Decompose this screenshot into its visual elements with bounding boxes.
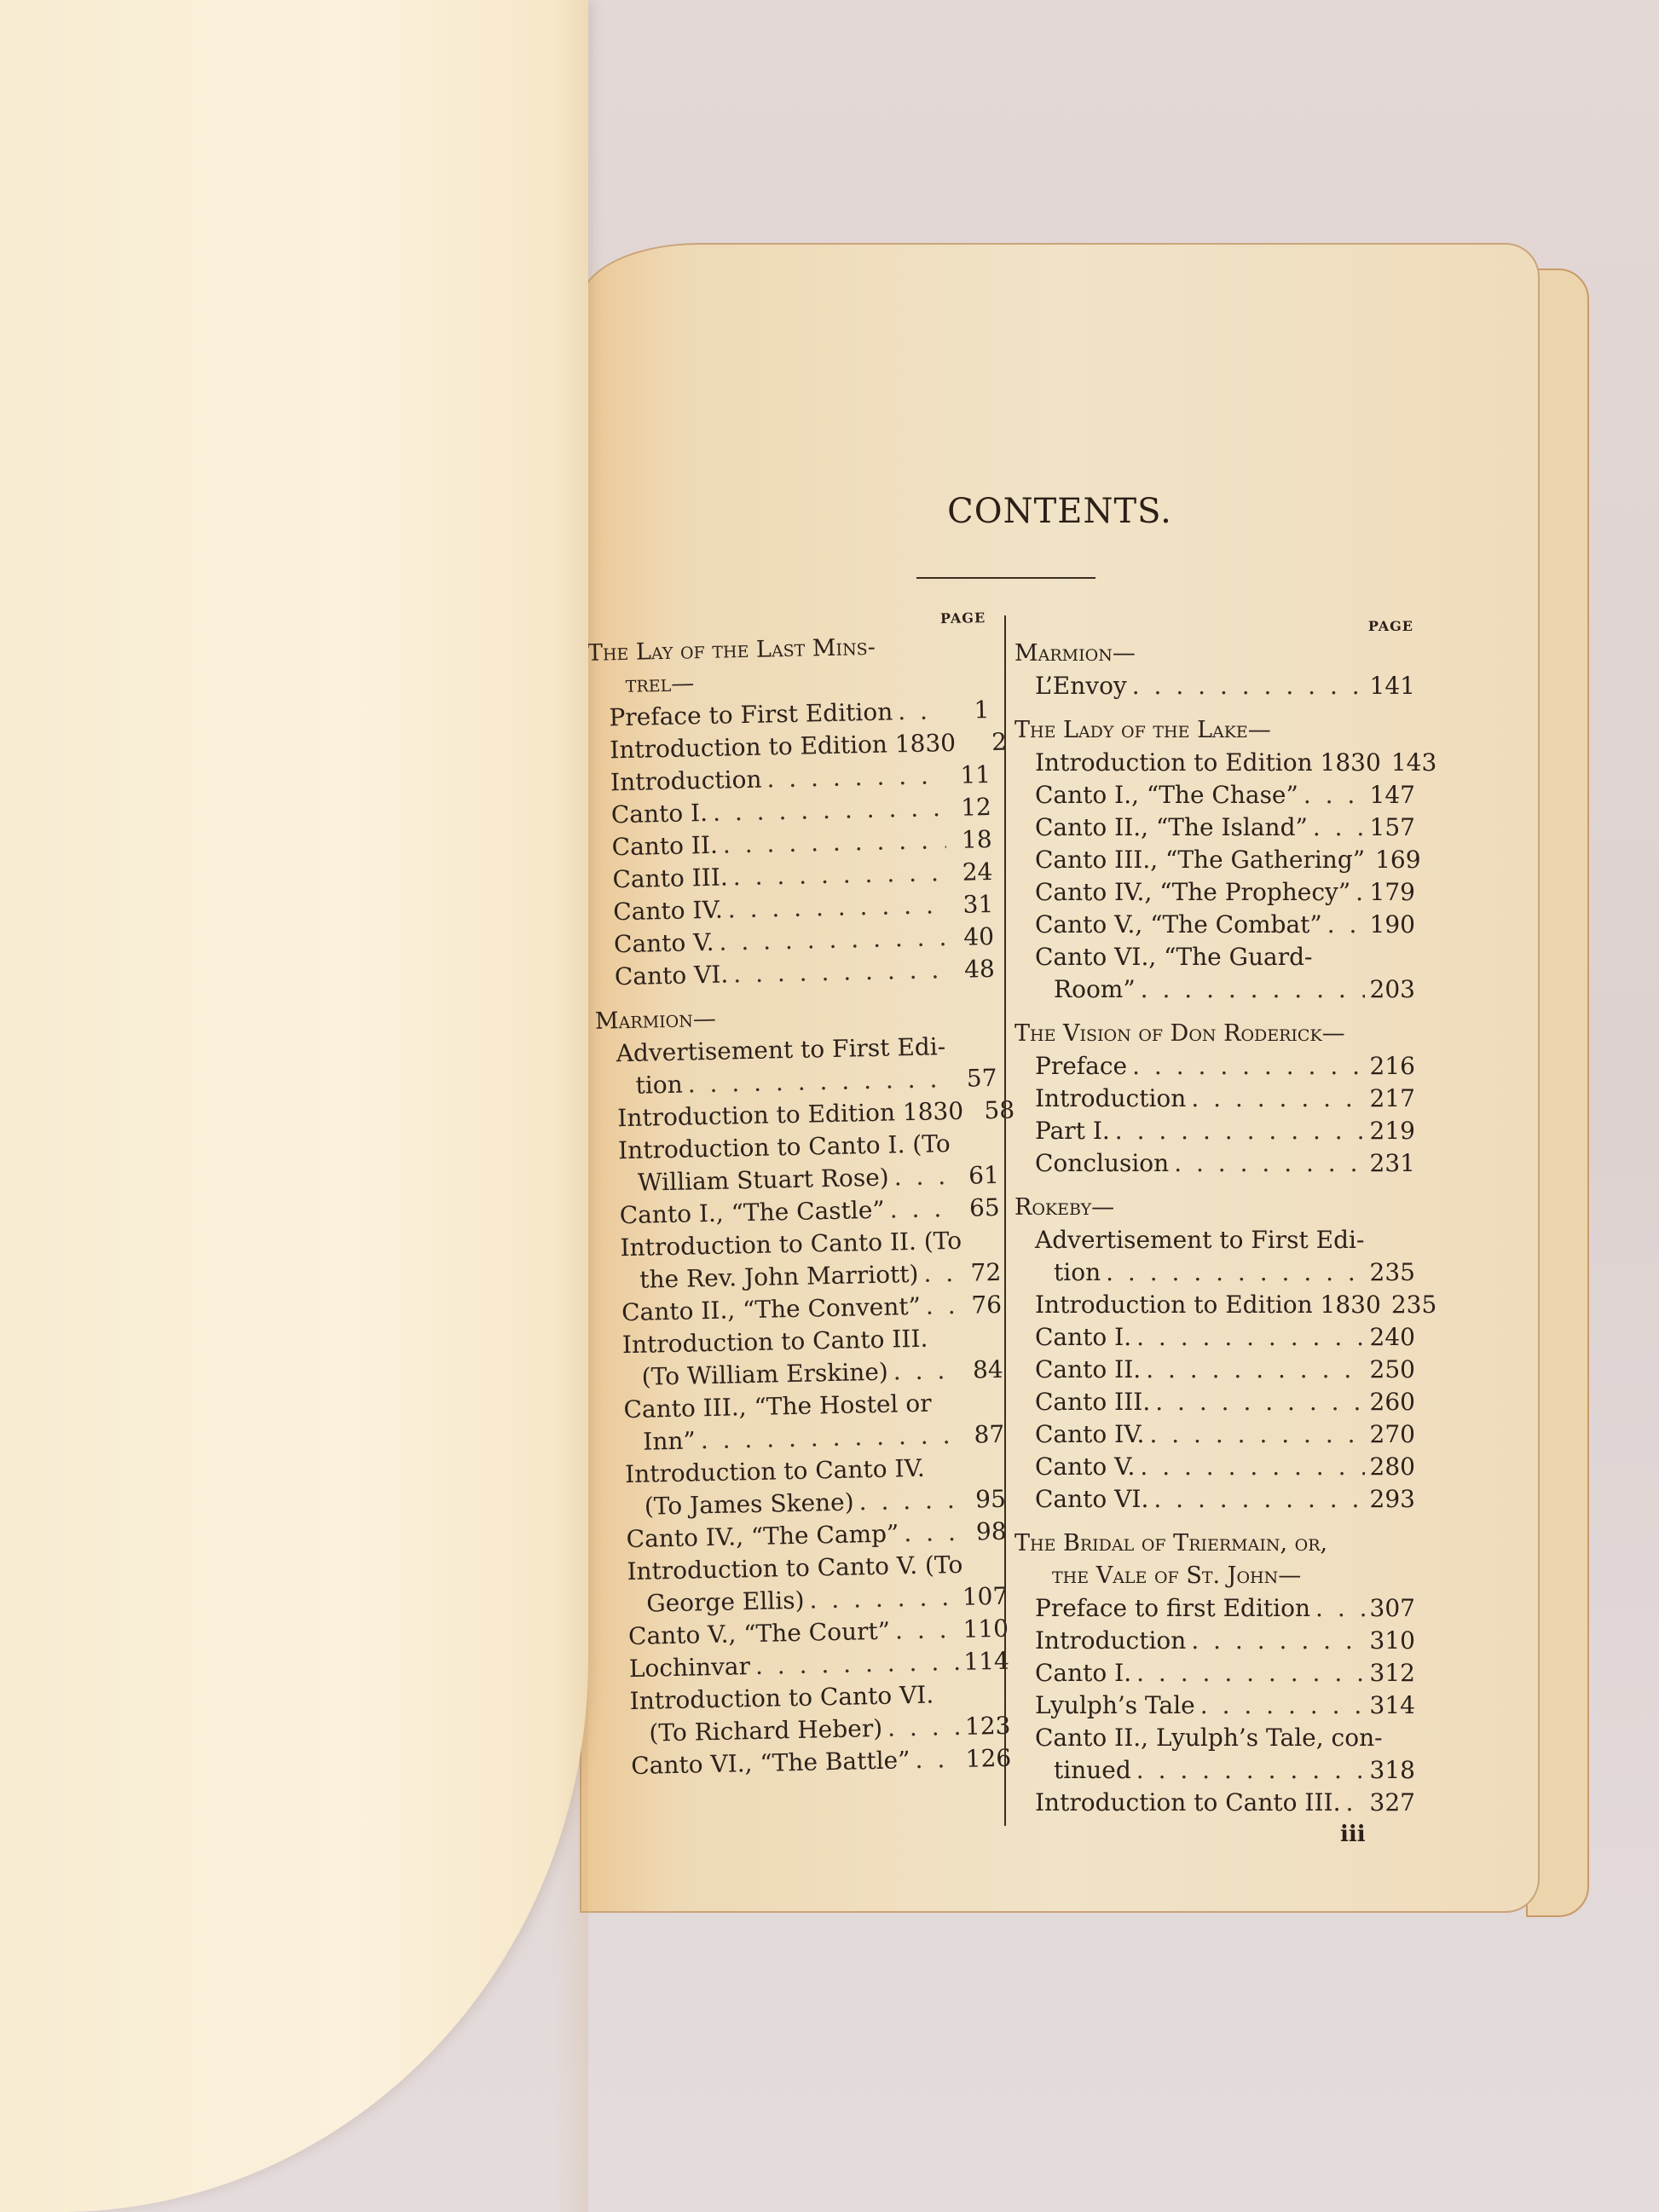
- page-number: 11: [950, 759, 991, 792]
- dot-leader: [858, 1484, 960, 1518]
- toc-entry[interactable]: Canto I.312: [1014, 1657, 1415, 1689]
- section-title: Marmion—: [1014, 638, 1415, 670]
- section-title: The Bridal of Triermain, or, the Vale of…: [1014, 1528, 1415, 1592]
- dot-leader: [887, 1711, 961, 1745]
- dot-leader: [1141, 973, 1365, 1006]
- dot-leader: [1313, 811, 1365, 844]
- dot-leader: [1115, 1115, 1365, 1147]
- toc-entry[interactable]: Introduction310: [1014, 1625, 1415, 1657]
- page-number: 293: [1370, 1483, 1415, 1516]
- page-number: 18: [951, 823, 992, 857]
- toc-entry[interactable]: Canto II., “The Island”157: [1014, 811, 1415, 844]
- dot-leader: [893, 1160, 953, 1193]
- dot-leader: [733, 954, 949, 990]
- section-lady-of-the-lake: The Lady of the Lake— Introduction to Ed…: [1014, 714, 1415, 1006]
- page-number: 31: [952, 888, 994, 921]
- page-number: 98: [965, 1516, 1007, 1549]
- dot-leader: [1136, 1754, 1365, 1787]
- page-number: 143: [1391, 747, 1436, 779]
- page-number: 1: [948, 694, 990, 727]
- dot-leader: [727, 889, 947, 926]
- dot-leader: [766, 759, 945, 795]
- page-number: 141: [1370, 670, 1415, 702]
- dot-leader: [1191, 1625, 1364, 1657]
- dot-leader: [923, 1257, 956, 1291]
- page-number: 179: [1370, 876, 1415, 909]
- toc-entry[interactable]: Introduction to Canto IV.(To James Skene…: [604, 1451, 1006, 1524]
- dot-leader: [1174, 1147, 1364, 1180]
- page-number: 40: [953, 921, 995, 954]
- section-rokeby: Rokeby— Advertisement to First Edi-tion2…: [1014, 1192, 1415, 1516]
- toc-entry[interactable]: Lyulph’s Tale314: [1014, 1689, 1415, 1722]
- dot-leader: [1136, 1657, 1364, 1689]
- page-number: 219: [1370, 1115, 1415, 1147]
- blank-left-page: [0, 0, 588, 2212]
- page-number: 114: [963, 1645, 1009, 1678]
- page-number: 48: [953, 953, 995, 986]
- contents-page: CONTENTS. PAGE The Lay of the Last Mins-…: [580, 243, 1540, 1913]
- dot-leader: [809, 1581, 957, 1617]
- dot-leader: [1153, 1483, 1364, 1516]
- toc-entry[interactable]: Canto III., “The Gathering”169: [1014, 844, 1415, 876]
- toc-entry[interactable]: Conclusion231: [1014, 1147, 1415, 1180]
- page-number: 217: [1370, 1083, 1415, 1115]
- dot-leader: [895, 1614, 958, 1648]
- toc-entry[interactable]: Introduction to Canto II. (Tothe Rev. Jo…: [599, 1224, 1001, 1297]
- dot-leader: [904, 1516, 961, 1550]
- page-number: 327: [1370, 1787, 1415, 1819]
- dot-leader: [1356, 876, 1364, 909]
- page-number: 57: [956, 1062, 997, 1095]
- dot-leader: [1132, 670, 1365, 702]
- dot-leader: [1345, 1787, 1364, 1819]
- page-number: 65: [958, 1192, 1000, 1225]
- page-number: 157: [1370, 811, 1415, 844]
- dot-leader: [1106, 1256, 1364, 1289]
- page-number: 12: [950, 791, 991, 824]
- toc-entry[interactable]: Advertisement to First Edi-tion235: [1014, 1224, 1415, 1289]
- dot-leader: [898, 695, 944, 728]
- toc-entry[interactable]: Canto VI., “The Guard-Room”203: [1014, 941, 1415, 1006]
- page-column-label: PAGE: [1014, 615, 1415, 638]
- section-title: Rokeby—: [1014, 1192, 1415, 1224]
- page-folio: iii: [1340, 1822, 1366, 1847]
- page-number: 76: [961, 1289, 1003, 1322]
- dot-leader: [1149, 1418, 1364, 1451]
- page-number: 260: [1370, 1386, 1415, 1418]
- page-number: 307: [1370, 1592, 1415, 1625]
- page-number: 231: [1370, 1147, 1415, 1180]
- dot-leader: [700, 1419, 958, 1457]
- section-marmion: Marmion— Advertisement to First Edi-tion…: [595, 997, 1012, 1783]
- page-number: 312: [1370, 1657, 1415, 1689]
- page-number: 24: [951, 856, 993, 889]
- page-number: 169: [1375, 844, 1420, 876]
- page-number: 147: [1370, 779, 1415, 811]
- page-number: 250: [1370, 1354, 1415, 1386]
- title-rule: [916, 577, 1095, 579]
- toc-entry[interactable]: Canto II.250: [1014, 1354, 1415, 1386]
- dot-leader: [889, 1193, 954, 1227]
- page-number: 270: [1370, 1418, 1415, 1451]
- toc-entry[interactable]: Canto V.280: [1014, 1451, 1415, 1483]
- dot-leader: [925, 1290, 956, 1323]
- dot-leader: [915, 1743, 961, 1776]
- toc-entry[interactable]: Advertisement to First Edi-tion57: [595, 1030, 997, 1103]
- dot-leader: [1315, 1592, 1365, 1625]
- dot-leader: [1191, 1083, 1364, 1115]
- dot-leader: [893, 1354, 957, 1389]
- section-title: The Lady of the Lake—: [1014, 714, 1415, 747]
- page-number: 95: [964, 1483, 1006, 1516]
- dot-leader: [1155, 1386, 1364, 1418]
- section-title: The Vision of Don Roderick—: [1014, 1018, 1415, 1050]
- dot-leader: [1200, 1689, 1365, 1722]
- contents-column-left: PAGE The Lay of the Last Mins- trel— Pre…: [581, 607, 1012, 1795]
- page-number: 240: [1370, 1321, 1415, 1354]
- dot-leader: [961, 727, 962, 759]
- toc-entry[interactable]: Canto II., Lyulph’s Tale, con-tinued318: [1014, 1722, 1415, 1787]
- dot-leader: [1132, 1050, 1364, 1083]
- dot-leader: [713, 792, 946, 829]
- page-title: CONTENTS.: [581, 492, 1538, 531]
- page-number: 84: [962, 1354, 1003, 1387]
- page-number: 235: [1391, 1289, 1436, 1321]
- page-number: 2: [966, 726, 1008, 759]
- dot-leader: [732, 857, 946, 893]
- page-number: 203: [1370, 973, 1415, 1006]
- page-number: 280: [1370, 1451, 1415, 1483]
- toc-entry[interactable]: Introduction to Edition 1830143: [1014, 747, 1415, 779]
- toc-entry[interactable]: Canto IV., “The Prophecy”179: [1014, 876, 1415, 909]
- page-number: 72: [960, 1256, 1002, 1290]
- toc-entry[interactable]: Canto VI.293: [1014, 1483, 1415, 1516]
- section-vision-of-don-roderick: The Vision of Don Roderick— Preface216 I…: [1014, 1018, 1415, 1180]
- dot-leader: [1136, 1321, 1364, 1354]
- toc-entry[interactable]: Introduction to Canto III.327: [1014, 1787, 1415, 1819]
- dot-leader: [755, 1646, 959, 1683]
- section-marmion-continued: Marmion— L’Envoy141: [1014, 638, 1415, 702]
- toc-entry[interactable]: Introduction to Canto VI.(To Richard Heb…: [609, 1678, 1010, 1751]
- toc-entry[interactable]: Canto I., “The Chase”147: [1014, 779, 1415, 811]
- toc-entry[interactable]: Canto III.260: [1014, 1386, 1415, 1418]
- page-number: 61: [957, 1159, 999, 1193]
- section-bridal-of-triermain: The Bridal of Triermain, or, the Vale of…: [1014, 1528, 1415, 1819]
- dot-leader: [968, 1095, 969, 1128]
- dot-leader: [1327, 909, 1365, 941]
- page-number: 310: [1370, 1625, 1415, 1657]
- toc-entry[interactable]: Introduction to Canto I. (ToWilliam Stua…: [598, 1127, 999, 1200]
- dot-leader: [719, 921, 948, 959]
- dot-leader: [1146, 1354, 1364, 1386]
- dot-leader: [1303, 779, 1365, 811]
- toc-entry[interactable]: Introduction to Canto V. (ToGeorge Ellis…: [606, 1548, 1008, 1621]
- section-lay-of-the-last-minstrel: The Lay of the Last Mins- trel— Preface …: [587, 629, 996, 994]
- page-number: 110: [962, 1613, 1009, 1646]
- dot-leader: [722, 824, 946, 861]
- toc-entry[interactable]: Part I.219: [1014, 1115, 1415, 1147]
- page-number: 235: [1370, 1256, 1415, 1289]
- section-title: The Lay of the Last Mins- trel—: [587, 629, 989, 702]
- page-number: 318: [1370, 1754, 1415, 1787]
- toc-entry[interactable]: Preface to first Edition307: [1014, 1592, 1415, 1625]
- dot-leader: [1140, 1451, 1364, 1483]
- toc-entry[interactable]: Canto III., “The Hostel orInn”87: [603, 1386, 1004, 1459]
- toc-entry[interactable]: Introduction to Canto III.(To William Er…: [602, 1321, 1003, 1395]
- toc-entry[interactable]: Canto V., “The Combat”190: [1014, 909, 1415, 941]
- dot-leader: [687, 1063, 951, 1100]
- contents-column-right: PAGE Marmion— L’Envoy141 The Lady of the…: [1004, 615, 1415, 1826]
- page-number: 190: [1370, 909, 1415, 941]
- page-number: 107: [962, 1580, 1008, 1614]
- toc-entry[interactable]: Preface216: [1014, 1050, 1415, 1083]
- toc-entry[interactable]: L’Envoy141: [1014, 670, 1415, 702]
- page-number: 216: [1370, 1050, 1415, 1083]
- page-number: 87: [963, 1418, 1005, 1452]
- toc-entry[interactable]: Introduction to Edition 1830235: [1014, 1289, 1415, 1321]
- page-number: 314: [1370, 1689, 1415, 1722]
- toc-entry[interactable]: Canto IV.270: [1014, 1418, 1415, 1451]
- toc-entry[interactable]: Introduction217: [1014, 1083, 1415, 1115]
- toc-entry[interactable]: Canto I.240: [1014, 1321, 1415, 1354]
